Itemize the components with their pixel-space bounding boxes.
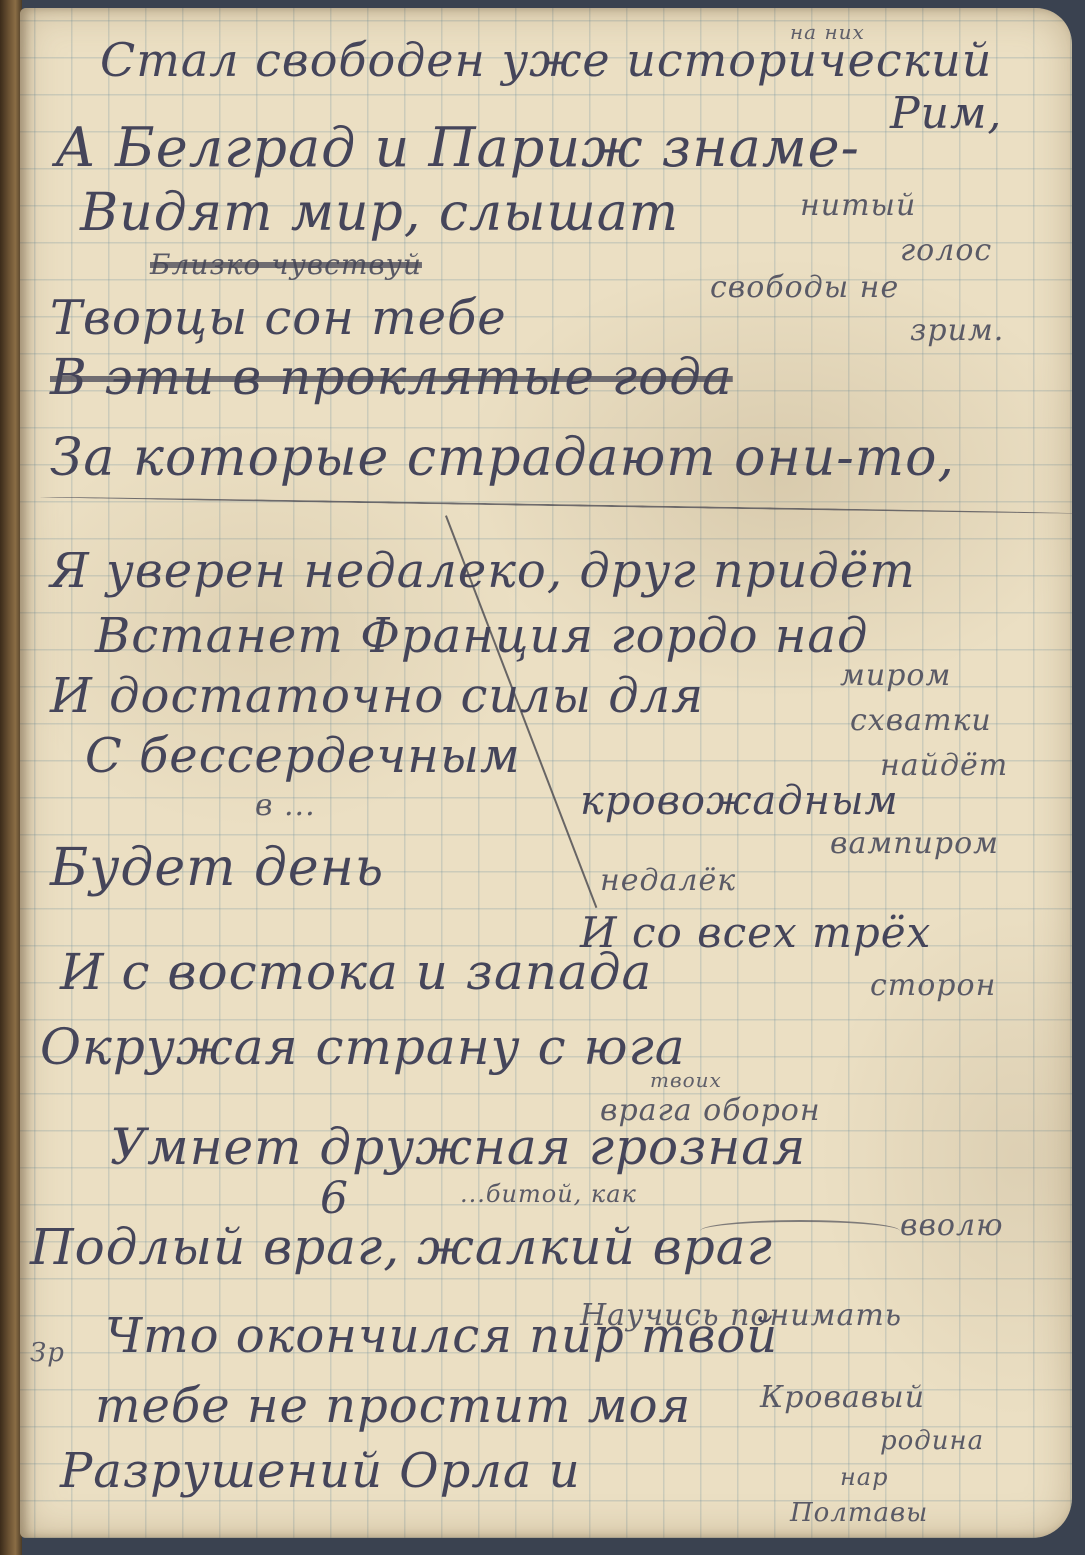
handwritten-line: Творцы сон тебе: [50, 290, 507, 346]
struck-line: Близко чувствуй: [150, 248, 422, 281]
margin-note: голос: [900, 233, 992, 268]
handwritten-line: С бессердечным: [85, 728, 521, 784]
handwritten-line: Будет день: [50, 838, 384, 898]
handwritten-line: Стал свободен уже исторический: [100, 33, 992, 87]
handwritten-line: тебе не простит моя: [95, 1378, 691, 1434]
margin-note: Полтавы: [790, 1498, 928, 1528]
margin-note: вампиром: [830, 826, 999, 861]
handwritten-line: За которые страдают они-то,: [50, 428, 955, 488]
margin-note: схватки: [850, 703, 992, 738]
margin-note: нитый: [800, 188, 916, 223]
insertion-note: твоих: [650, 1068, 722, 1092]
notebook-spine: [0, 0, 22, 1555]
handwritten-line: Я уверен недалеко, друг придёт: [50, 543, 916, 599]
margin-note: ...битой, как: [460, 1180, 637, 1208]
margin-note: миром: [840, 658, 951, 693]
handwritten-line: Окружая страну с юга: [40, 1018, 686, 1076]
handwritten-line: Видят мир, слышат: [80, 183, 679, 243]
margin-note: вволю: [900, 1208, 1004, 1243]
handwritten-line: Умнет дружная грозная: [110, 1118, 806, 1176]
section-divider: [40, 496, 1080, 514]
margin-note: родина: [880, 1426, 984, 1456]
margin-note: недалёк: [600, 863, 736, 898]
handwritten-line: И достаточно силы для: [50, 668, 704, 724]
handwritten-line: Что окончился пир твой: [105, 1308, 778, 1364]
margin-note: Зр: [30, 1338, 65, 1368]
margin-note: Рим,: [890, 88, 1002, 139]
margin-note: Кровавый: [760, 1380, 925, 1415]
handwritten-line: Встанет Франция гордо над: [95, 608, 868, 664]
handwritten-line: И с востока и запада: [60, 943, 652, 1001]
margin-note: кровожадным: [580, 778, 899, 824]
margin-note: нар: [840, 1463, 888, 1491]
margin-note: свободы не: [710, 270, 899, 305]
margin-note: найдёт: [880, 748, 1008, 783]
handwritten-line: Разрушений Орла и: [60, 1443, 581, 1499]
handwritten-line: А Белград и Париж знаме-: [55, 116, 860, 179]
handwritten-line: Подлый враг, жалкий враг: [30, 1218, 773, 1276]
margin-note: зрим.: [910, 313, 1004, 348]
notebook-page: на них Стал свободен уже исторический Ри…: [20, 8, 1072, 1538]
handwritten-line: в ...: [255, 788, 316, 823]
insertion-note: 6: [320, 1173, 349, 1224]
underline-arc: [700, 1220, 900, 1242]
margin-note: сторон: [870, 968, 996, 1003]
struck-line: В эти в проклятые года: [50, 348, 733, 406]
